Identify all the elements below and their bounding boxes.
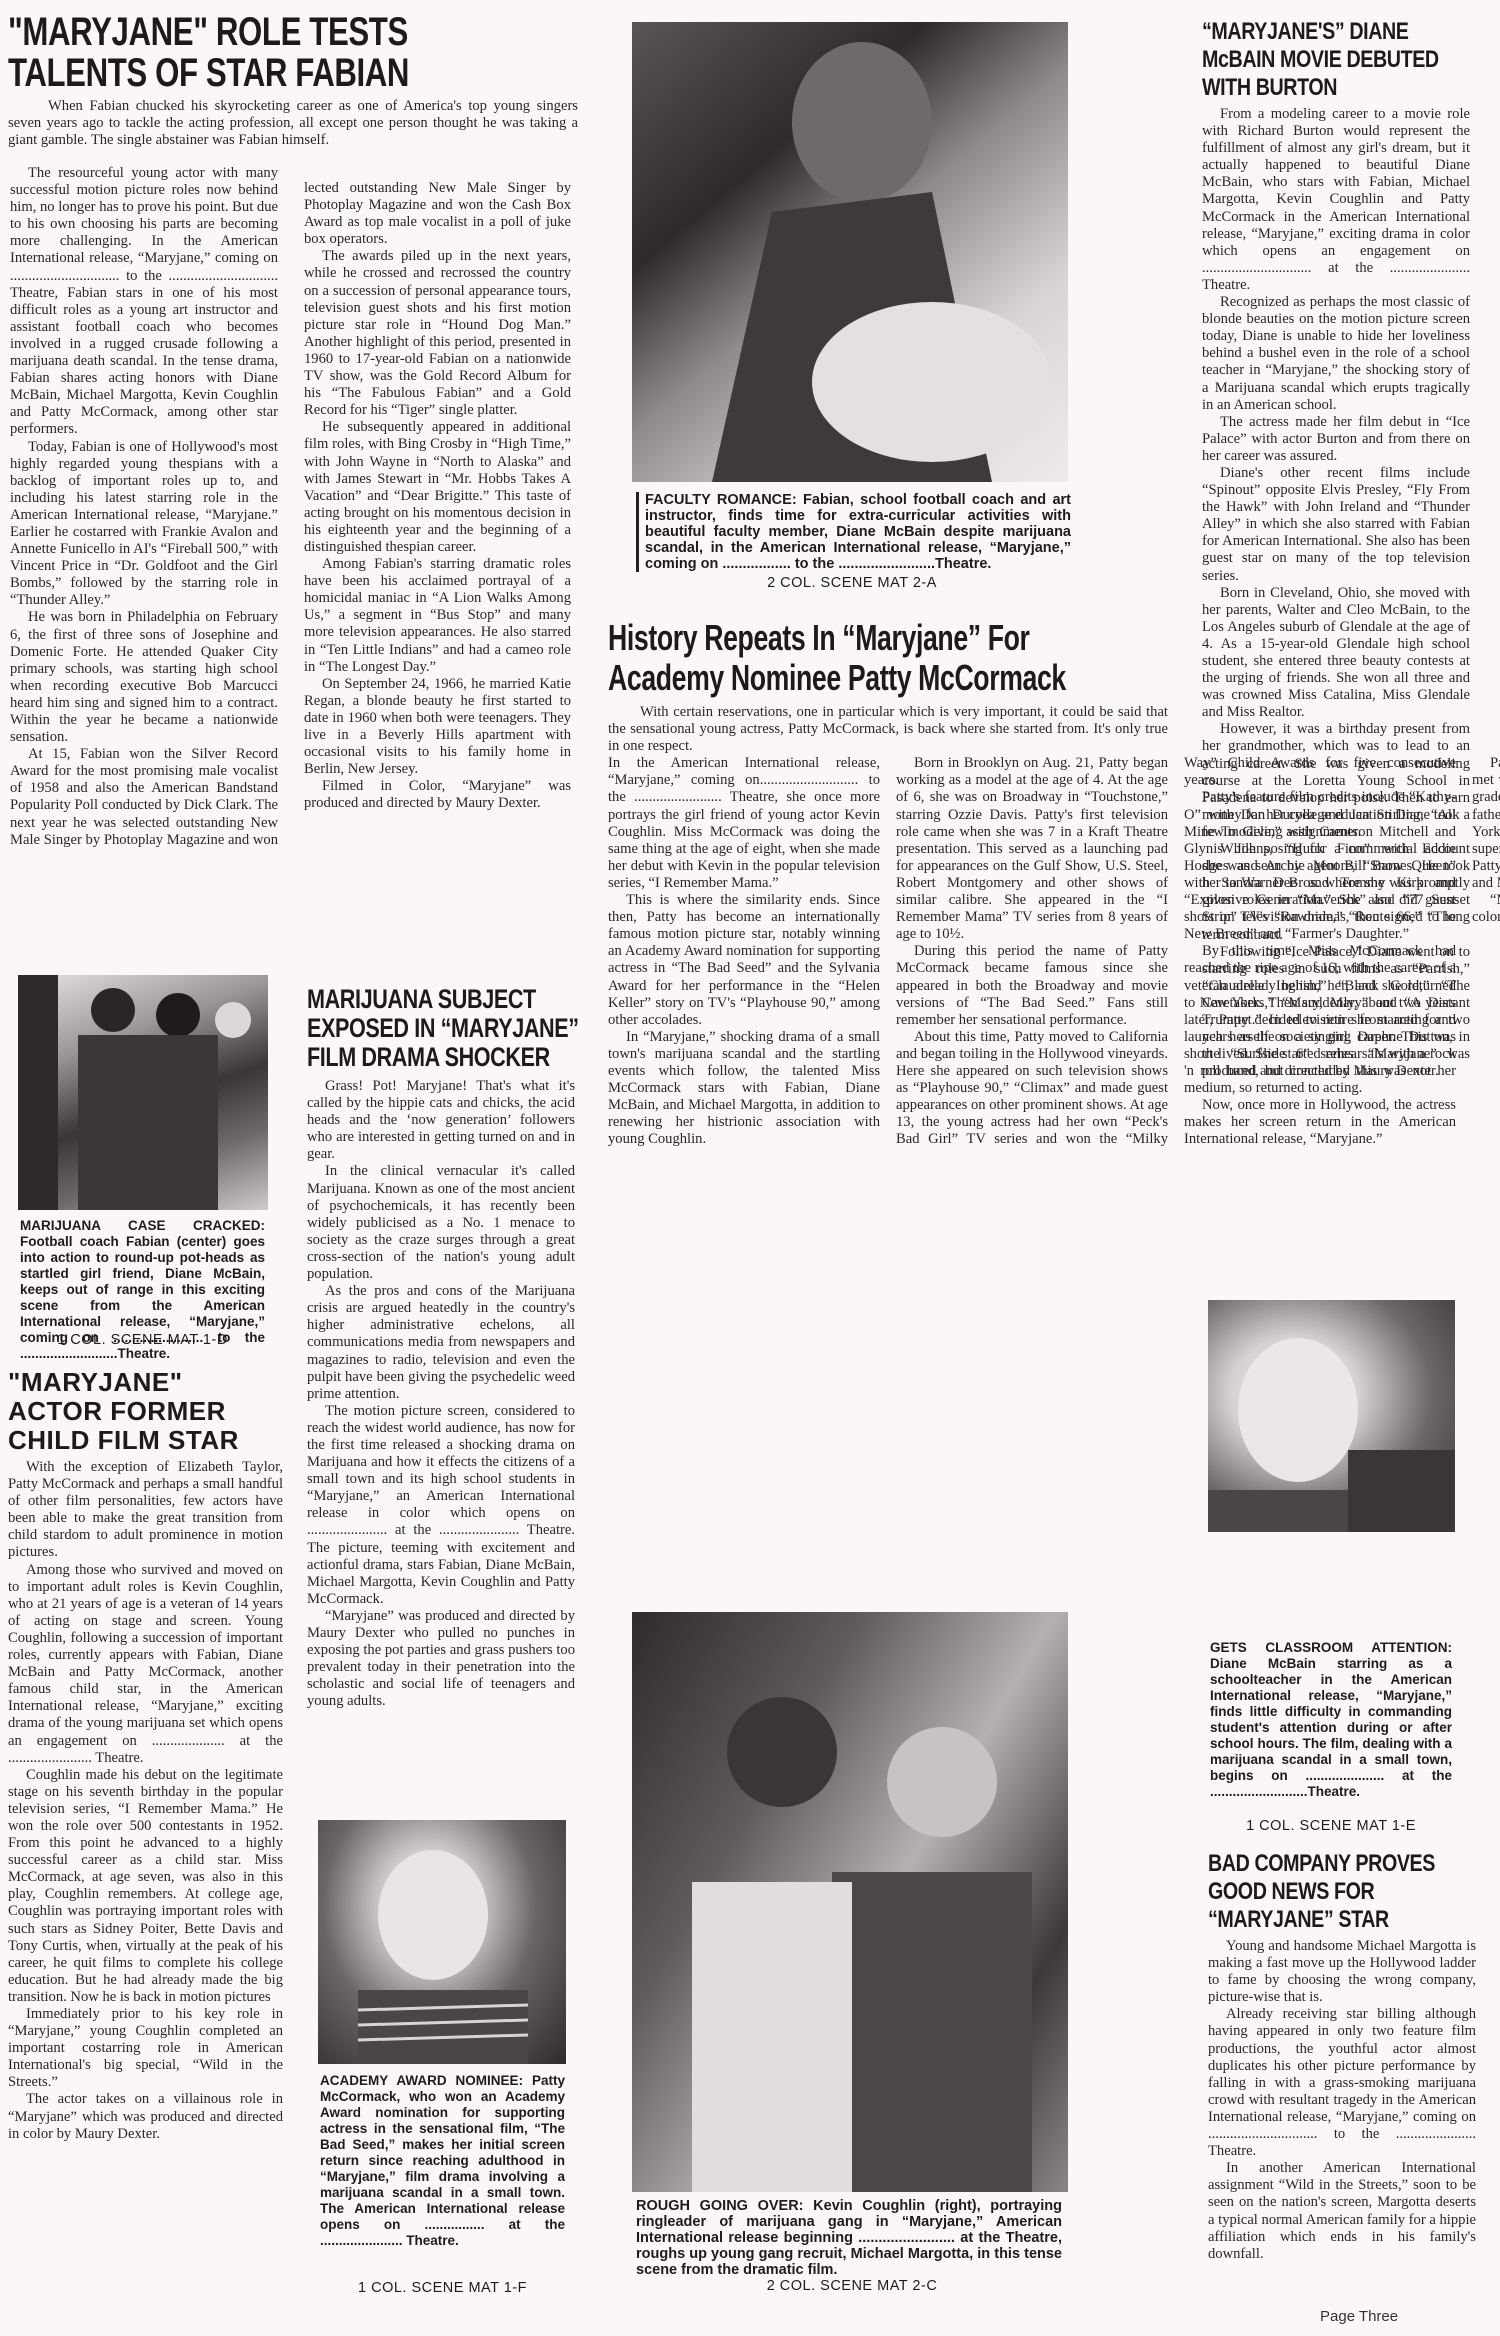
paragraph: At 15, Fabian won the Silver Record Awar… — [10, 746, 278, 849]
marijuana-headline: MARIJUANA SUBJECT EXPOSED IN “MARYJANE” … — [307, 985, 579, 1072]
headline-line: Academy Nominee Patty McCormack — [608, 658, 1200, 698]
fabian-column-2: lected outstanding New Male Singer by Ph… — [304, 180, 571, 812]
paragraph: In another American International assign… — [1208, 2160, 1476, 2263]
photo-faculty-romance — [632, 22, 1068, 482]
fabian-article: "MARYJANE" ROLE TESTS TALENTS OF STAR FA… — [8, 12, 600, 149]
coughlin-headline: "MARYJANE" ACTOR FORMER CHILD FILM STAR — [8, 1368, 283, 1455]
paragraph: In the American International release, “… — [608, 755, 880, 892]
lead-paragraph: When Fabian chucked his skyrocketing car… — [8, 98, 578, 149]
mccormack-columns: In the American International release, “… — [608, 755, 1168, 1155]
margotta-headline: BAD COMPANY PROVES GOOD NEWS FOR “MARYJA… — [1208, 1850, 1454, 1934]
fabian-column-1: The resourceful young actor with many su… — [10, 165, 278, 849]
paragraph: In “Maryjane,” shocking drama of a small… — [608, 1029, 880, 1149]
paragraph: Filmed in Color, “Maryjane” was produced… — [304, 778, 571, 812]
fabian-lead: When Fabian chucked his skyrocketing car… — [8, 98, 578, 149]
paragraph: Among those who survived and moved on to… — [8, 1562, 283, 1767]
paragraph: Patty is married to Bob Catania whom she… — [1472, 755, 1500, 892]
paragraph: Today, Fabian is one of Hollywood's most… — [10, 439, 278, 610]
photo-patty-mccormack — [318, 1820, 566, 2064]
photo-portrait-icon — [1208, 1300, 1455, 1532]
headline-line: TALENTS OF STAR FABIAN — [8, 53, 601, 94]
paragraph: The awards piled up in the next years, w… — [304, 248, 571, 419]
photo-figures-icon — [18, 975, 268, 1210]
paragraph: The resourceful young actor with many su… — [10, 165, 278, 439]
paragraph: With the exception of Elizabeth Taylor, … — [8, 1459, 283, 1562]
mat-label-2c: 2 COL. SCENE MAT 2-C — [636, 2278, 1068, 2294]
mccormack-headline: History Repeats In “Maryjane” For Academ… — [608, 618, 1200, 698]
paragraph: Already receiving star billing although … — [1208, 2006, 1476, 2160]
paragraph: Immediately prior to his key role in “Ma… — [8, 2006, 283, 2091]
mat-label-1d: 1 COL. SCENE MAT 1-D — [20, 1332, 265, 1348]
caption-lead: ROUGH GOING OVER: — [636, 2198, 804, 2214]
mccormack-article: History Repeats In “Maryjane” For Academ… — [608, 618, 1193, 1155]
caption-lead: FACULTY ROMANCE: — [645, 492, 797, 508]
marijuana-article: MARIJUANA SUBJECT EXPOSED IN “MARYJANE” … — [307, 985, 575, 1710]
paragraph: The actor takes on a villainous role in … — [8, 2091, 283, 2142]
paragraph: Grass! Pot! Maryjane! That's what it's c… — [307, 1078, 575, 1163]
photo-marijuana-case-cracked — [18, 975, 268, 1210]
paragraph: Following “Ice Palace,” Diane went on to… — [1202, 944, 1470, 1081]
paragraph: Diane's other recent films include “Spin… — [1202, 465, 1470, 585]
photo-struggle-icon — [632, 1612, 1068, 2192]
mcbain-article: “MARYJANE'S” DIANE McBAIN MOVIE DEBUTED … — [1202, 18, 1470, 1080]
paragraph: As the pros and cons of the Marijuana cr… — [307, 1283, 575, 1403]
caption-1f: ACADEMY AWARD NOMINEE: Patty McCormack, … — [320, 2073, 565, 2249]
caption-text: Patty McCormack, who won an Academy Awar… — [320, 2073, 565, 2248]
paragraph: Recognized as perhaps the most classic o… — [1202, 294, 1470, 414]
caption-2a: FACULTY ROMANCE: Fabian, school football… — [636, 492, 1071, 572]
paragraph: While posing for a commercial account sh… — [1202, 841, 1470, 944]
mat-label-1e: 1 COL. SCENE MAT 1-E — [1210, 1818, 1452, 1834]
mccormack-lead: With certain reservations, one in partic… — [608, 704, 1168, 755]
coughlin-body: With the exception of Elizabeth Taylor, … — [8, 1459, 283, 2143]
paragraph: “Maryjane” was produced and directed in … — [1472, 892, 1500, 926]
coughlin-article: "MARYJANE" ACTOR FORMER CHILD FILM STAR … — [8, 1368, 283, 2143]
paragraph: During this period the name of Patty McC… — [896, 943, 1168, 1028]
paragraph: The actress made her film debut in “Ice … — [1202, 414, 1470, 465]
margotta-body: Young and handsome Michael Margotta is m… — [1208, 1938, 1476, 2263]
paragraph: In the clinical vernacular it's called M… — [307, 1163, 575, 1283]
page-number: Page Three — [1320, 2308, 1398, 2325]
margotta-article: BAD COMPANY PROVES GOOD NEWS FOR “MARYJA… — [1208, 1850, 1476, 2263]
photo-gets-classroom-attention — [1208, 1300, 1455, 1532]
paragraph: He subsequently appeared in additional f… — [304, 419, 571, 556]
mcbain-body: From a modeling career to a movie role w… — [1202, 106, 1470, 1080]
paragraph: Born in Brooklyn on Aug. 21, Patty began… — [896, 755, 1168, 943]
lead-paragraph: With certain reservations, one in partic… — [608, 704, 1168, 755]
paragraph: From a modeling career to a movie role w… — [1202, 106, 1470, 294]
photo-couple-icon — [632, 22, 1068, 482]
paragraph-continued: lected outstanding New Male Singer by Ph… — [304, 180, 571, 248]
paragraph: Among Fabian's starring dramatic roles h… — [304, 556, 571, 676]
mat-label-1f: 1 COL. SCENE MAT 1-F — [320, 2280, 565, 2296]
headline-line: History Repeats In “Maryjane” For — [608, 618, 1200, 658]
caption-lead: ACADEMY AWARD NOMINEE: — [320, 2073, 523, 2088]
paragraph: “Maryjane” was produced and directed by … — [307, 1608, 575, 1711]
photo-rough-going-over — [632, 1612, 1068, 2192]
fabian-headline: "MARYJANE" ROLE TESTS TALENTS OF STAR FA… — [8, 12, 601, 94]
paragraph: Coughlin made his debut on the legitimat… — [8, 1767, 283, 2006]
mat-label-2a: 2 COL. SCENE MAT 2-A — [636, 575, 1068, 591]
paragraph: Young and handsome Michael Margotta is m… — [1208, 1938, 1476, 2006]
paragraph: On September 24, 1966, he married Katie … — [304, 676, 571, 779]
caption-lead: GETS CLASSROOM ATTENTION: — [1210, 1640, 1452, 1655]
paragraph: However, it was a birthday present from … — [1202, 721, 1470, 841]
caption-1e: GETS CLASSROOM ATTENTION: Diane McBain s… — [1210, 1640, 1452, 1800]
paragraph: The motion picture screen, considered to… — [307, 1403, 575, 1608]
photo-portrait-icon — [318, 1820, 566, 2064]
paragraph: He was born in Philadelphia on February … — [10, 609, 278, 746]
paragraph: Now, once more in Hollywood, the actress… — [1184, 1097, 1456, 1148]
caption-text: Diane McBain starring as a schoolteacher… — [1210, 1656, 1452, 1799]
mcbain-headline: “MARYJANE'S” DIANE McBAIN MOVIE DEBUTED … — [1202, 18, 1448, 102]
paragraph: This is where the similarity ends. Since… — [608, 892, 880, 1029]
caption-lead: MARIJUANA CASE CRACKED: — [20, 1218, 265, 1233]
headline-line: "MARYJANE" ROLE TESTS — [8, 12, 601, 53]
caption-2c: ROUGH GOING OVER: Kevin Coughlin (right)… — [636, 2198, 1062, 2278]
marijuana-body: Grass! Pot! Maryjane! That's what it's c… — [307, 1078, 575, 1710]
paragraph: Born in Cleveland, Ohio, she moved with … — [1202, 585, 1470, 722]
